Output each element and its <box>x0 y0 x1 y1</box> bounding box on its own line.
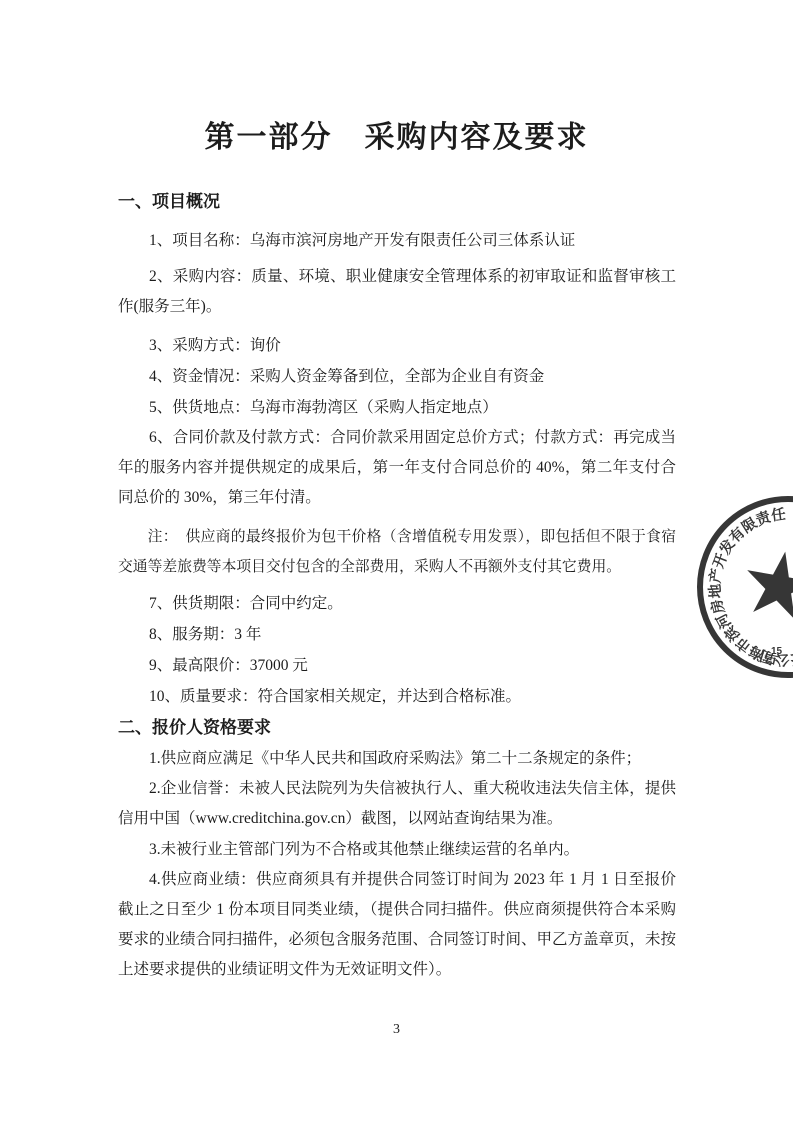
item-supplier-performance: 4.供应商业绩：供应商须具有并提供合同签订时间为 2023 年 1 月 1 日至… <box>118 865 676 985</box>
document-page: 第一部分 采购内容及要求 一、项目概况 1、项目名称：乌海市滨河房地产开发有限责… <box>0 0 793 1123</box>
company-seal-graphic: 乌海市滨河房地产开发有限责任公司 乌海市滨河房地产开发有限责任公司 15 <box>691 494 793 688</box>
item-contract-payment: 6、合同价款及付款方式：合同价款采用固定总价方式；付款方式：再完成当年的服务内容… <box>118 423 676 513</box>
section-1-heading: 一、项目概况 <box>118 186 676 217</box>
seal-ring-text-lower: 乌海市滨河房地产开发有限责任公司 <box>691 494 787 668</box>
item-delivery-place: 5、供货地点：乌海市海勃湾区（采购人指定地点） <box>118 392 676 423</box>
document-title: 第一部分 采购内容及要求 <box>118 112 675 164</box>
item-quality-requirement: 10、质量要求：符合国家相关规定，并达到合格标准。 <box>118 681 676 712</box>
item-service-period: 8、服务期：3 年 <box>118 619 676 650</box>
item-qualification-law: 1.供应商应满足《中华人民共和国政府采购法》第二十二条规定的条件； <box>118 743 676 774</box>
item-industry-blacklist: 3.未被行业主管部门列为不合格或其他禁止继续运营的名单内。 <box>118 834 676 865</box>
item-procurement-content: 2、采购内容：质量、环境、职业健康安全管理体系的初审取证和监督审核工作(服务三年… <box>118 262 676 322</box>
seal-ring <box>700 499 793 675</box>
section-2-heading: 二、报价人资格要求 <box>118 712 676 743</box>
item-project-name: 1、项目名称：乌海市滨河房地产开发有限责任公司三体系认证 <box>118 225 676 256</box>
seal-ring-text: 乌海市滨河房地产开发有限责任公司 <box>757 506 793 670</box>
item-delivery-term: 7、供货期限：合同中约定。 <box>118 588 676 619</box>
item-funding: 4、资金情况：采购人资金筹备到位，全部为企业自有资金 <box>118 361 676 392</box>
item-price-note: 注： 供应商的最终报价为包干价格（含增值税专用发票），即包括但不限于食宿交通等差… <box>118 522 676 582</box>
document-body: 一、项目概况 1、项目名称：乌海市滨河房地产开发有限责任公司三体系认证 2、采购… <box>118 164 676 985</box>
seal-number: 15 <box>771 646 783 657</box>
page-number: 3 <box>0 1022 793 1038</box>
company-seal: 乌海市滨河房地产开发有限责任公司 乌海市滨河房地产开发有限责任公司 15 <box>691 494 793 688</box>
item-enterprise-credit: 2.企业信誉：未被人民法院列为失信被执行人、重大税收违法失信主体，提供信用中国（… <box>118 774 676 834</box>
item-price-ceiling: 9、最高限价：37000 元 <box>118 650 676 681</box>
seal-star-icon <box>731 540 793 631</box>
item-procurement-method: 3、采购方式：询价 <box>118 330 676 361</box>
